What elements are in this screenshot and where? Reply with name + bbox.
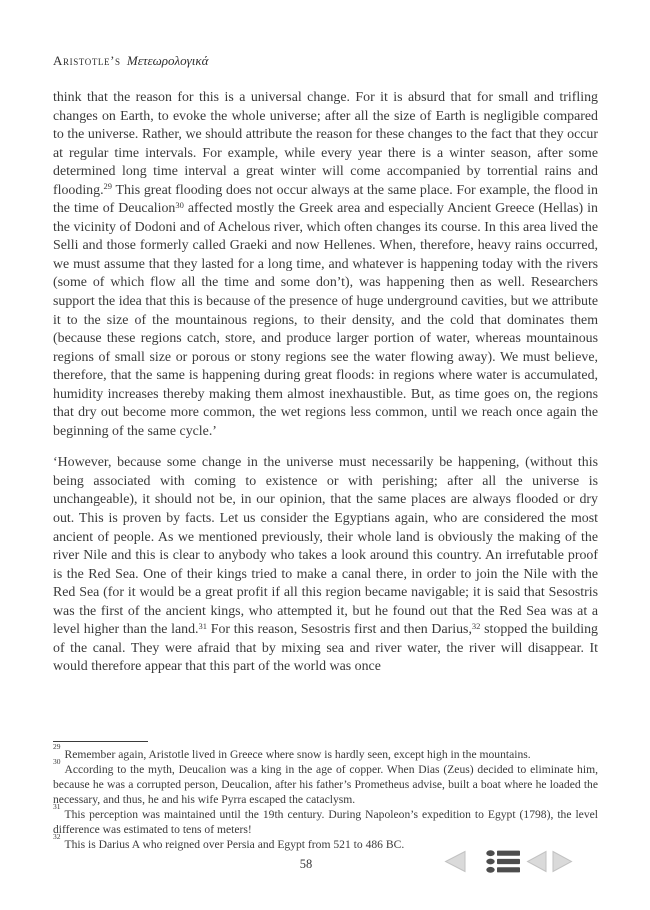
paragraph-1-text: affected mostly the Greek area and espec…	[53, 201, 598, 439]
footnote-29: 29Remember again, Aristotle lived in Gre…	[53, 747, 598, 762]
footnote-ref-32: 32	[472, 621, 481, 631]
footnote-29-text: Remember again, Aristotle lived in Greec…	[65, 748, 531, 761]
header-author-title: Aristotle’s	[53, 53, 121, 68]
back-triangle-icon[interactable]	[443, 849, 467, 879]
paragraph-2-text: ‘However, because some change in the uni…	[53, 455, 598, 637]
footnote-ref-29: 29	[104, 181, 113, 191]
footnote-ref-30: 30	[175, 200, 184, 210]
footnote-separator	[53, 741, 148, 742]
footnote-31-number: 31	[53, 802, 61, 811]
paragraph-1: think that the reason for this is a univ…	[53, 89, 598, 441]
footnote-30: 30According to the myth, Deucalion was a…	[53, 762, 598, 807]
page-body: think that the reason for this is a univ…	[53, 89, 598, 677]
footnote-29-number: 29	[53, 742, 61, 751]
footnote-31: 31This perception was maintained until t…	[53, 807, 598, 837]
paragraph-1-text: think that the reason for this is a univ…	[53, 90, 598, 198]
footnote-30-number: 30	[53, 757, 61, 766]
book-page: Aristotle’s Μετεωρολογικά think that the…	[0, 0, 650, 910]
paragraph-2: ‘However, because some change in the uni…	[53, 454, 598, 677]
previous-page-icon[interactable]	[526, 849, 548, 879]
reader-navigation	[443, 849, 573, 879]
footnote-30-text: According to the myth, Deucalion was a k…	[53, 763, 598, 806]
next-page-icon[interactable]	[551, 849, 573, 879]
header-greek-title: Μετεωρολογικά	[127, 53, 209, 68]
footnote-32-text: This is Darius A who reigned over Persia…	[65, 838, 405, 851]
running-header: Aristotle’s Μετεωρολογικά	[53, 53, 208, 69]
footnote-ref-31: 31	[199, 621, 208, 631]
table-of-contents-icon[interactable]	[486, 850, 520, 878]
footnotes-section: 29Remember again, Aristotle lived in Gre…	[53, 741, 598, 852]
footnote-31-text: This perception was maintained until the…	[53, 808, 598, 836]
footnote-32-number: 32	[53, 832, 61, 841]
paragraph-2-text: For this reason, Sesostris first and the…	[207, 622, 472, 637]
